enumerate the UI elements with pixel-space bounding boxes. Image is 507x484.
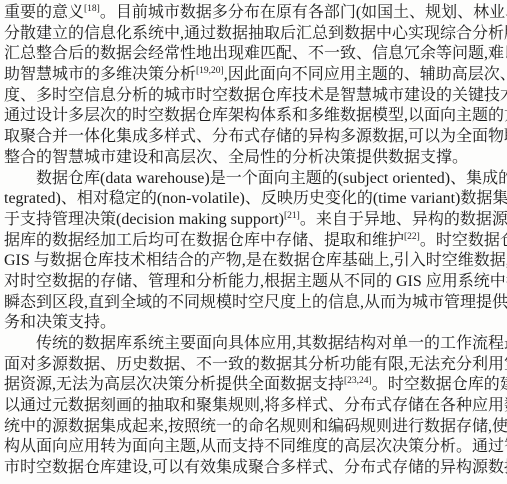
text-run: 取聚合并一体化集成多样式、分布式存储的异构多源数据,可以为全面物联、充分 bbox=[4, 128, 507, 145]
text-run: 据库的数据经加工后均可在数据仓库中存储、提取和维护 bbox=[4, 232, 404, 249]
text-run: tegrated)、相对稳定的(non-volatile)、反映历史变化的(ti… bbox=[4, 190, 507, 207]
document-page: 重要的意义[18]。目前城市数据多分布在原有各部门(如国土、规划、林业、电力等)… bbox=[0, 0, 507, 484]
text-run: 助智慧城市的多维决策分析 bbox=[4, 66, 196, 83]
text-run: 整合的智慧城市建设和高层次、全局性的分析决策提供数据支撑。 bbox=[4, 149, 468, 166]
text-line: 据资源,无法为高层次决策分析提供全面数据支持[23,24]。时空数据仓库的建立可 bbox=[4, 375, 503, 396]
text-run: ,因此面向不同应用主题的、辅助高层次、多维 bbox=[224, 66, 507, 83]
text-line: 通过设计多层次的时空数据仓库架构体系和多维数据模型,以面向主题的方式抽 bbox=[4, 106, 503, 127]
text-line: 汇总整合后的数据会经常性地出现难匹配、不一致、信息冗余等问题,难以有效辅 bbox=[4, 44, 503, 65]
text-run: 数据仓库(data warehouse)是一个面向主题的(subject ori… bbox=[36, 170, 507, 187]
text-run: 市时空数据仓库建设,可以有效集成聚合多样式、分布式存储的异构源数据,并利 bbox=[4, 459, 507, 476]
text-run: 。时空数据仓库是 bbox=[420, 232, 507, 249]
text-block: 重要的意义[18]。目前城市数据多分布在原有各部门(如国土、规划、林业、电力等)… bbox=[4, 3, 503, 479]
text-line: 重要的意义[18]。目前城市数据多分布在原有各部门(如国土、规划、林业、电力等) bbox=[4, 3, 503, 24]
text-line: 以通过元数据刻画的抽取和聚集规则,将多样式、分布式存储在各种应用数据库系 bbox=[4, 396, 503, 417]
citation-superscript: [19,20] bbox=[196, 66, 224, 76]
text-line: 分散建立的信息化系统中,通过数据抽取后汇总到数据中心实现综合分析服务,但 bbox=[4, 24, 503, 45]
text-run: GIS 与数据仓库技术相结合的产物,是在数据仓库基础上,引入时空维数据,增加 bbox=[4, 252, 507, 269]
citation-superscript: [18] bbox=[84, 4, 100, 14]
text-line: 数据仓库(data warehouse)是一个面向主题的(subject ori… bbox=[4, 169, 503, 190]
text-run: 务和决策支持。 bbox=[4, 314, 116, 331]
text-line: 传统的数据库系统主要面向具体应用,其数据结构对单一的工作流程最优,但 bbox=[4, 334, 503, 355]
text-run: 传统的数据库系统主要面向具体应用,其数据结构对单一的工作流程最优,但 bbox=[36, 335, 507, 352]
text-line: 面对多源数据、历史数据、不一致的数据其分析功能有限,无法充分利用宝贵的数 bbox=[4, 355, 503, 376]
text-run: 构从面向应用转为面向主题,从而支持不同维度的高层次决策分析。通过智慧城 bbox=[4, 438, 507, 455]
text-run: 汇总整合后的数据会经常性地出现难匹配、不一致、信息冗余等问题,难以有效辅 bbox=[4, 45, 507, 62]
text-line: 取聚合并一体化集成多样式、分布式存储的异构多源数据,可以为全面物联、充分 bbox=[4, 127, 503, 148]
citation-superscript: [23,24] bbox=[344, 376, 372, 386]
text-run: 。目前城市数据多分布在原有各部门(如国土、规划、林业、电力等) bbox=[100, 4, 507, 21]
text-line: 对时空数据的存储、管理和分析能力,根据主题从不同的 GIS 应用系统中截取从 bbox=[4, 272, 503, 293]
text-run: 分散建立的信息化系统中,通过数据抽取后汇总到数据中心实现综合分析服务,但 bbox=[4, 25, 507, 42]
text-run: 以通过元数据刻画的抽取和聚集规则,将多样式、分布式存储在各种应用数据库系 bbox=[4, 397, 507, 414]
text-run: 。来自于异地、异构的数据源或数 bbox=[300, 211, 507, 228]
text-line: 助智慧城市的多维决策分析[19,20],因此面向不同应用主题的、辅助高层次、多维 bbox=[4, 65, 503, 86]
text-run: 据资源,无法为高层次决策分析提供全面数据支持 bbox=[4, 376, 344, 393]
text-line: 瞬态到区段,直到全域的不同规模时空尺度上的信息,从而为城市管理提供信息服 bbox=[4, 293, 503, 314]
citation-superscript: [21] bbox=[284, 211, 300, 221]
text-run: 瞬态到区段,直到全域的不同规模时空尺度上的信息,从而为城市管理提供信息服 bbox=[4, 294, 507, 311]
text-run: 通过设计多层次的时空数据仓库架构体系和多维数据模型,以面向主题的方式抽 bbox=[4, 107, 507, 124]
text-run: 对时空数据的存储、管理和分析能力,根据主题从不同的 GIS 应用系统中截取从 bbox=[4, 273, 507, 290]
text-line: 据库的数据经加工后均可在数据仓库中存储、提取和维护[22]。时空数据仓库是 bbox=[4, 231, 503, 252]
text-line: 市时空数据仓库建设,可以有效集成聚合多样式、分布式存储的异构源数据,并利 bbox=[4, 458, 503, 479]
text-run: 。时空数据仓库的建立可 bbox=[372, 376, 507, 393]
text-run: 统中的源数据集成起来,按照统一的命名规则和编码规则进行数据存储,使数据结 bbox=[4, 418, 507, 435]
text-line: 务和决策支持。 bbox=[4, 313, 503, 334]
text-line: 度、多时空信息分析的城市时空数据仓库技术是智慧城市建设的关键技术之一。 bbox=[4, 86, 503, 107]
text-run: 度、多时空信息分析的城市时空数据仓库技术是智慧城市建设的关键技术之一。 bbox=[4, 87, 507, 104]
text-line: 统中的源数据集成起来,按照统一的命名规则和编码规则进行数据存储,使数据结 bbox=[4, 417, 503, 438]
text-line: 于支持管理决策(decision making support)[21]。来自于… bbox=[4, 210, 503, 231]
text-line: 构从面向应用转为面向主题,从而支持不同维度的高层次决策分析。通过智慧城 bbox=[4, 437, 503, 458]
citation-superscript: [22] bbox=[404, 232, 420, 242]
text-run: 于支持管理决策(decision making support) bbox=[4, 211, 284, 228]
text-run: 重要的意义 bbox=[4, 4, 84, 21]
text-line: GIS 与数据仓库技术相结合的产物,是在数据仓库基础上,引入时空维数据,增加 bbox=[4, 251, 503, 272]
text-run: 面对多源数据、历史数据、不一致的数据其分析功能有限,无法充分利用宝贵的数 bbox=[4, 356, 507, 373]
text-line: 整合的智慧城市建设和高层次、全局性的分析决策提供数据支撑。 bbox=[4, 148, 503, 169]
text-line: tegrated)、相对稳定的(non-volatile)、反映历史变化的(ti… bbox=[4, 189, 503, 210]
